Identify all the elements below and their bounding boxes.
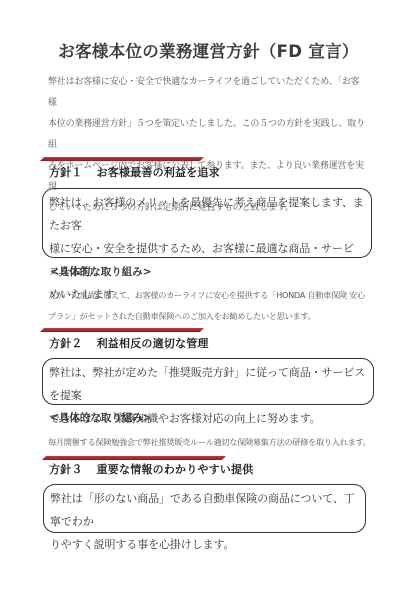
policy-1-detail: 万が一の事故に備えて、お客様のカーライフに安心を提供する「HONDA 自動車保険… <box>48 285 388 327</box>
policy-body-line: 弊社は、お客様のメリットを最優先に考え商品を提案します、またお客 <box>49 191 364 237</box>
policy-number: 方針１ <box>49 166 83 179</box>
page-title: お客様本位の業務運営方針（FD 宣言） <box>0 38 417 62</box>
intro-line: 本位の業務運営方針」５つを策定いたしました。この５つの方針を実践し、取り組 <box>48 114 368 156</box>
policy-3-heading: 方針３重要な情報のわかりやすい提供 <box>49 461 253 477</box>
red-accent-bar <box>42 456 226 460</box>
policy-number: 方針２ <box>49 337 83 350</box>
red-accent-bar <box>40 328 204 332</box>
policy-body-line: 弊社は「形のない商品」である自動車保険の商品について、丁寧でわか <box>50 487 358 533</box>
intro-line: 弊社はお客様に安心・安全で快適なカーライフを過ごしていただくため、「お客様 <box>48 72 368 114</box>
policy-1-heading: 方針１お客様最善の利益を追求 <box>49 164 220 180</box>
detail-line: 万が一の事故に備えて、お客様のカーライフに安心を提供する「HONDA 自動車保険… <box>48 285 388 306</box>
policy-2-subheading: <具体的な取り組み> <box>50 410 152 425</box>
red-accent-bar <box>40 157 204 161</box>
policy-2-box: 弊社は、弊社が定めた「推奨販売方針」に従って商品・サービスを提案 できるよう、業… <box>42 358 374 405</box>
policy-1-box: 弊社は、お客様のメリットを最優先に考え商品を提案します、またお客 様に安心・安全… <box>42 188 372 258</box>
detail-line: 毎月開催する保険勉強会で弊社推奨販売ルール適切な保険募集方法の研修を取り入れます… <box>48 432 408 453</box>
policy-title: 重要な情報のわかりやすい提供 <box>97 463 254 476</box>
policy-title: お客様最善の利益を追求 <box>97 166 220 179</box>
detail-line: プラン」がセットされた自動車保険へのご加入をお勧めしたいと思います。 <box>48 306 388 327</box>
policy-title: 利益相反の適切な管理 <box>97 337 209 350</box>
policy-2-detail: 毎月開催する保険勉強会で弊社推奨販売ルール適切な保険募集方法の研修を取り入れます… <box>48 432 408 453</box>
policy-2-heading: 方針２利益相反の適切な管理 <box>49 335 209 351</box>
policy-body-line: 弊社は、弊社が定めた「推奨販売方針」に従って商品・サービスを提案 <box>49 361 366 407</box>
policy-1-subheading: <具体的な取り組み> <box>50 264 152 279</box>
policy-number: 方針３ <box>49 463 83 476</box>
policy-body-line: りやすく説明する事を心掛けします。 <box>50 533 358 556</box>
policy-3-box: 弊社は「形のない商品」である自動車保険の商品について、丁寧でわか りやすく説明す… <box>43 484 366 533</box>
